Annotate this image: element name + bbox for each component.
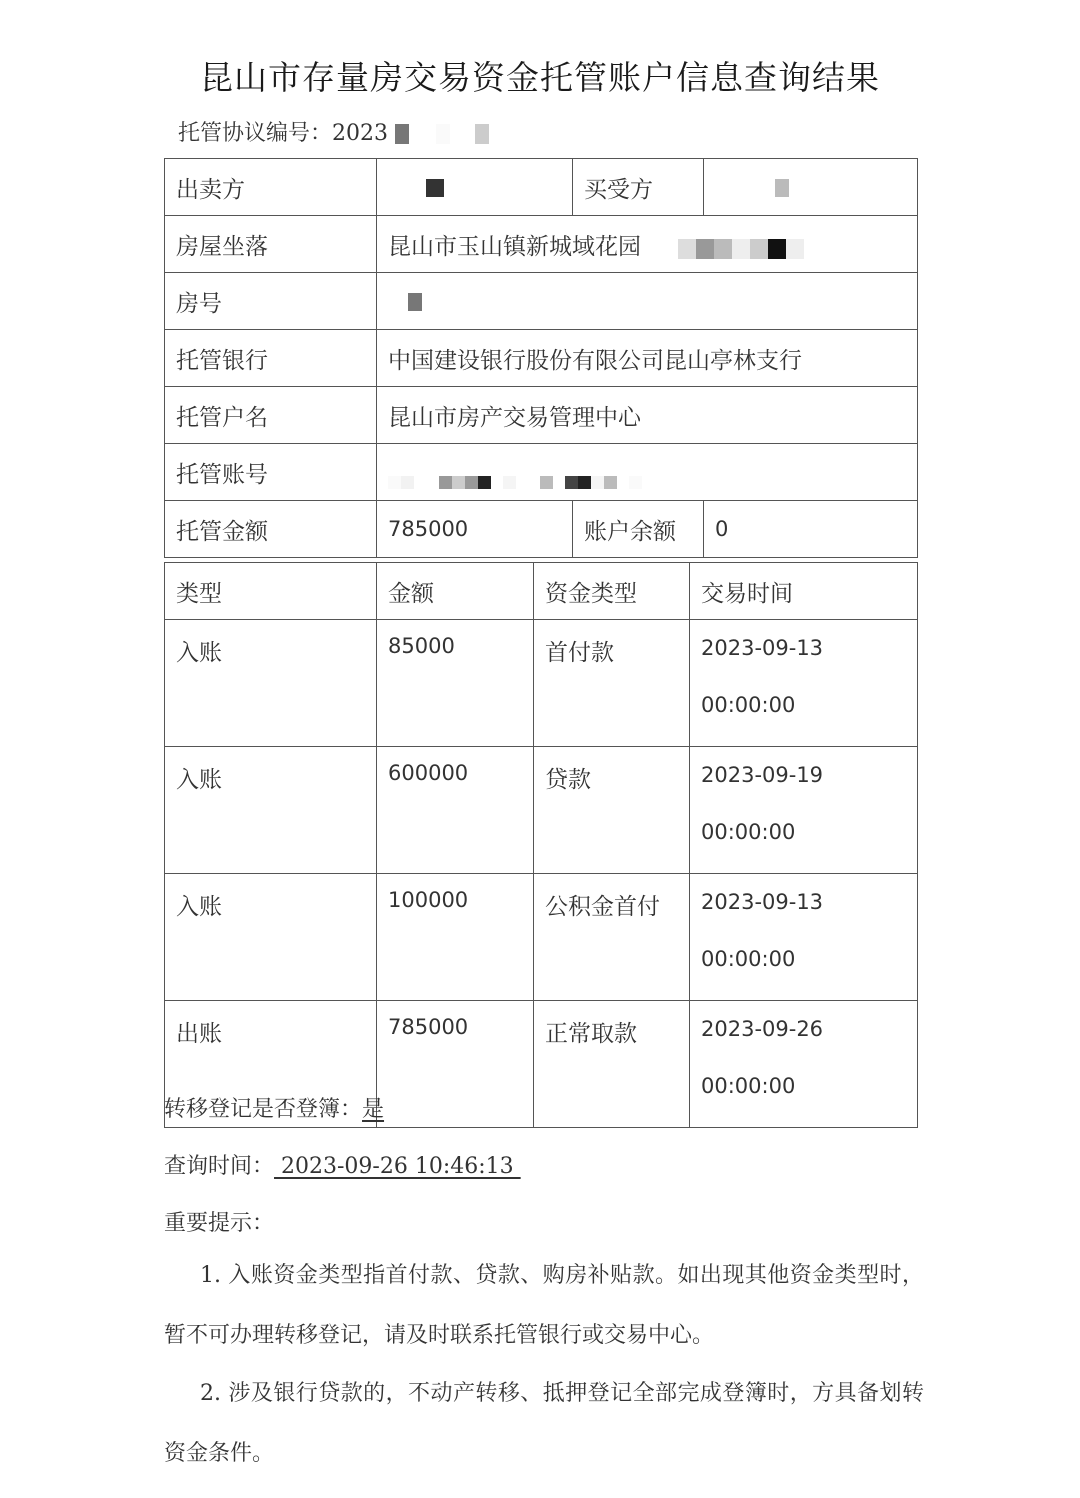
redacted-block [436, 124, 450, 144]
registration-label: 转移登记是否登簿： [164, 1097, 362, 1122]
tx-amount: 85000 [377, 620, 534, 747]
room-value [377, 273, 918, 330]
amount-row: 托管金额 785000 账户余额 0 [165, 501, 918, 558]
tx-time: 2023-09-1300:00:00 [690, 874, 918, 1001]
bank-row: 托管银行 中国建设银行股份有限公司昆山亭林支行 [165, 330, 918, 387]
query-time: 查询时间： 2023-09-26 10:46:13 [164, 1149, 521, 1180]
account-no-row: 托管账号 [165, 444, 918, 501]
account-name-value: 昆山市房产交易管理中心 [377, 387, 918, 444]
notice-heading: 重要提示： [164, 1206, 274, 1237]
table-row: 入账 100000 公积金首付 2023-09-1300:00:00 [165, 874, 918, 1001]
redacted-block [475, 124, 489, 144]
header-fund-type: 资金类型 [534, 563, 690, 620]
location-value: 昆山市玉山镇新城域花园 [377, 216, 918, 273]
parties-row: 出卖方 买受方 [165, 159, 918, 216]
query-time-value: 2023-09-26 10:46:13 [274, 1154, 521, 1179]
amount-label: 托管金额 [165, 501, 377, 558]
location-row: 房屋坐落 昆山市玉山镇新城域花园 [165, 216, 918, 273]
agreement-label: 托管协议编号： [178, 121, 332, 146]
bank-value: 中国建设银行股份有限公司昆山亭林支行 [377, 330, 918, 387]
redacted-block [678, 235, 804, 261]
redacted-block [775, 179, 789, 197]
redacted-block [395, 124, 409, 144]
account-info-table: 出卖方 买受方 房屋坐落 昆山市玉山镇新城域花园 房号 托管银行 中国建设银行股… [164, 158, 918, 558]
tx-time: 2023-09-1300:00:00 [690, 620, 918, 747]
tx-fund-type: 首付款 [534, 620, 690, 747]
tx-fund-type: 贷款 [534, 747, 690, 874]
tx-type: 入账 [165, 620, 377, 747]
query-time-label: 查询时间： [164, 1154, 274, 1179]
page-title: 昆山市存量房交易资金托管账户信息查询结果 [0, 52, 1080, 99]
tx-type: 入账 [165, 747, 377, 874]
tx-time: 2023-09-1900:00:00 [690, 747, 918, 874]
tx-fund-type: 正常取款 [534, 1001, 690, 1128]
balance-value: 0 [704, 501, 918, 558]
amount-value: 785000 [377, 501, 573, 558]
table-row: 入账 85000 首付款 2023-09-1300:00:00 [165, 620, 918, 747]
tx-time: 2023-09-2600:00:00 [690, 1001, 918, 1128]
bank-label: 托管银行 [165, 330, 377, 387]
tx-fund-type: 公积金首付 [534, 874, 690, 1001]
header-time: 交易时间 [690, 563, 918, 620]
tx-amount: 100000 [377, 874, 534, 1001]
tx-amount: 600000 [377, 747, 534, 874]
seller-label: 出卖方 [165, 159, 377, 216]
account-no-label: 托管账号 [165, 444, 377, 501]
transactions-table: 类型 金额 资金类型 交易时间 入账 85000 首付款 2023-09-130… [164, 562, 918, 1128]
redacted-block [408, 293, 422, 311]
notice-item-2: 2. 涉及银行贷款的，不动产转移、抵押登记全部完成登簿时，方具备划转资金条件。 [164, 1364, 924, 1484]
account-name-row: 托管户名 昆山市房产交易管理中心 [165, 387, 918, 444]
agreement-number: 托管协议编号：2023 [178, 116, 489, 147]
account-name-label: 托管户名 [165, 387, 377, 444]
registration-status: 转移登记是否登簿：是 [164, 1092, 384, 1123]
location-label: 房屋坐落 [165, 216, 377, 273]
room-row: 房号 [165, 273, 918, 330]
notice-item-1: 1. 入账资金类型指首付款、贷款、购房补贴款。如出现其他资金类型时，暂不可办理转… [164, 1246, 924, 1366]
tx-amount: 785000 [377, 1001, 534, 1128]
redacted-block [388, 468, 642, 494]
buyer-label: 买受方 [573, 159, 704, 216]
registration-value: 是 [362, 1097, 384, 1122]
balance-label: 账户余额 [573, 501, 704, 558]
header-amount: 金额 [377, 563, 534, 620]
table-row: 入账 600000 贷款 2023-09-1900:00:00 [165, 747, 918, 874]
agreement-value: 2023 [332, 121, 388, 146]
redacted-block [426, 179, 444, 197]
seller-value [377, 159, 573, 216]
account-no-value [377, 444, 918, 501]
room-label: 房号 [165, 273, 377, 330]
buyer-value [704, 159, 918, 216]
header-type: 类型 [165, 563, 377, 620]
transactions-header: 类型 金额 资金类型 交易时间 [165, 563, 918, 620]
tx-type: 入账 [165, 874, 377, 1001]
